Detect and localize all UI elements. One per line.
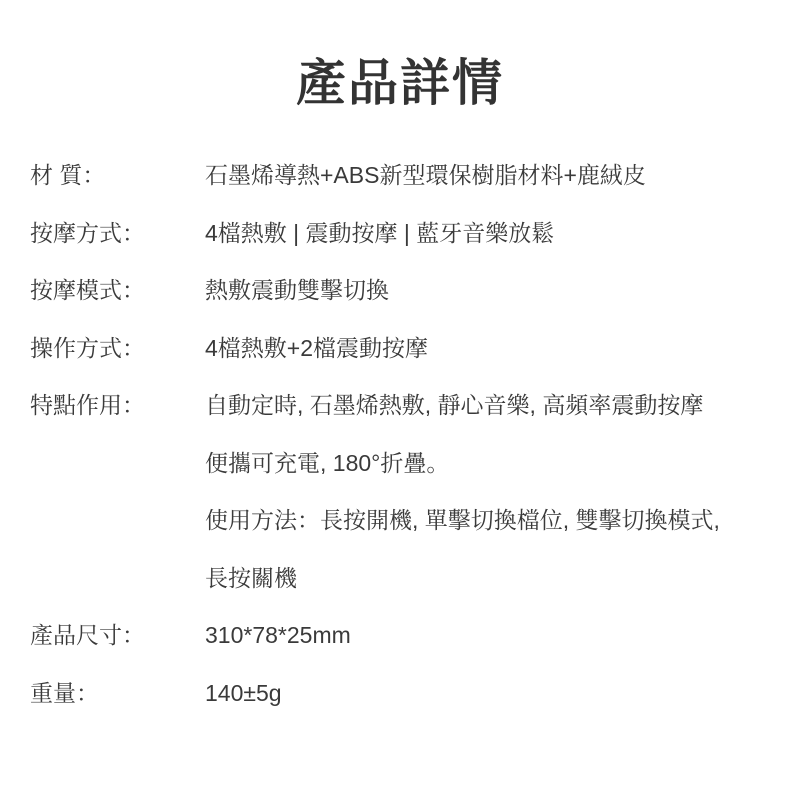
spec-value-features: 自動定時, 石墨烯熱敷, 靜心音樂, 高頻率震動按摩 便攜可充電, 180°折疊… <box>205 377 770 607</box>
spec-value-features-line-2: 便攜可充電, 180°折疊。 <box>205 435 770 493</box>
spec-label-massage-method: 按摩方式： <box>30 205 205 263</box>
spec-value-features-line-4: 長按關機 <box>205 550 770 608</box>
spec-label-material: 材 質： <box>30 147 205 205</box>
spec-value-material: 石墨烯導熱+ABS新型環保樹脂材料+鹿絨皮 <box>205 147 770 205</box>
spec-row-massage-mode: 按摩模式： 熱敷震動雙擊切換 <box>30 262 770 320</box>
spec-row-massage-method: 按摩方式： 4檔熱敷 | 震動按摩 | 藍牙音樂放鬆 <box>30 205 770 263</box>
spec-row-material: 材 質： 石墨烯導熱+ABS新型環保樹脂材料+鹿絨皮 <box>30 147 770 205</box>
page-title: 產品詳情 <box>0 0 800 110</box>
spec-row-dimensions: 產品尺寸： 310*78*25mm <box>30 607 770 665</box>
spec-value-massage-mode: 熱敷震動雙擊切換 <box>205 262 770 320</box>
spec-value-features-line-1: 自動定時, 石墨烯熱敷, 靜心音樂, 高頻率震動按摩 <box>205 377 770 435</box>
spec-value-dimensions: 310*78*25mm <box>205 607 770 665</box>
spec-list: 材 質： 石墨烯導熱+ABS新型環保樹脂材料+鹿絨皮 按摩方式： 4檔熱敷 | … <box>0 147 800 722</box>
spec-row-operation: 操作方式： 4檔熱敷+2檔震動按摩 <box>30 320 770 378</box>
spec-label-dimensions: 產品尺寸： <box>30 607 205 665</box>
spec-value-features-line-3: 使用方法：長按開機, 單擊切換檔位, 雙擊切換模式, <box>205 492 770 550</box>
spec-row-features: 特點作用： 自動定時, 石墨烯熱敷, 靜心音樂, 高頻率震動按摩 便攜可充電, … <box>30 377 770 607</box>
spec-value-weight: 140±5g <box>205 665 770 723</box>
spec-value-massage-method: 4檔熱敷 | 震動按摩 | 藍牙音樂放鬆 <box>205 205 770 263</box>
spec-label-weight: 重量： <box>30 665 205 723</box>
spec-label-massage-mode: 按摩模式： <box>30 262 205 320</box>
spec-value-operation: 4檔熱敷+2檔震動按摩 <box>205 320 770 378</box>
spec-row-weight: 重量： 140±5g <box>30 665 770 723</box>
product-details-page: 產品詳情 材 質： 石墨烯導熱+ABS新型環保樹脂材料+鹿絨皮 按摩方式： 4檔… <box>0 0 800 800</box>
spec-label-features: 特點作用： <box>30 377 205 435</box>
spec-label-operation: 操作方式： <box>30 320 205 378</box>
